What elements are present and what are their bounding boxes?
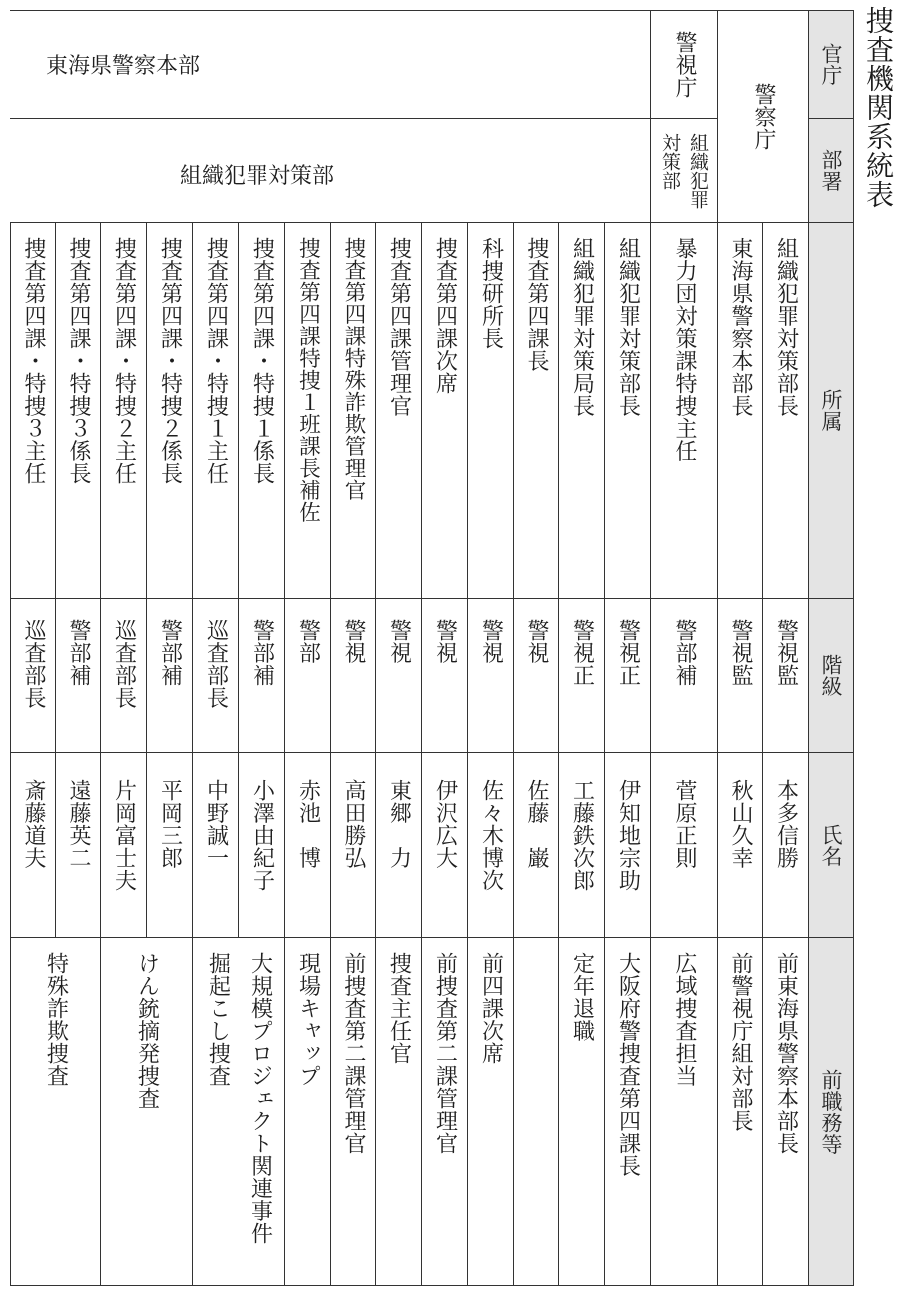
rank-text: 警視 bbox=[423, 619, 467, 664]
previous-post-tokuso3-text: 特殊詐欺捜査 bbox=[34, 952, 78, 1087]
previous-post-cell: 現場キャップ bbox=[284, 937, 331, 1286]
previous-post-merged-tokuso1: 大規模プロジェクト関連事件 掘起こし捜査 bbox=[192, 937, 285, 1286]
rank-text: 警視正 bbox=[606, 619, 650, 687]
affiliation-cell: 捜査第四課・特捜２係長 bbox=[146, 222, 193, 599]
affiliation-text: 捜査第四課・特捜２主任 bbox=[102, 237, 146, 485]
rank-cell: 警視 bbox=[375, 598, 422, 753]
affiliation-cell: 捜査第四課長 bbox=[513, 222, 559, 599]
previous-post-text: 現場キャップ bbox=[286, 952, 330, 1087]
affiliation-text: 暴力団対策課特捜主任 bbox=[662, 237, 706, 462]
rank-cell: 警部 bbox=[284, 598, 331, 753]
agency-tokai: 東海県警察本部 bbox=[10, 10, 651, 119]
affiliation-cell: 捜査第四課管理官 bbox=[375, 222, 422, 599]
name-text: 平岡三郎 bbox=[148, 779, 192, 869]
previous-post-cell: 前捜査第二課管理官 bbox=[330, 937, 376, 1286]
name-cell: 佐々木博次 bbox=[467, 752, 514, 938]
rank-text: 警視正 bbox=[560, 619, 604, 687]
rank-cell: 警部補 bbox=[650, 598, 718, 753]
name-cell: 工藤鉄次郎 bbox=[558, 752, 605, 938]
affiliation-text: 捜査第四課・特捜３主任 bbox=[11, 237, 55, 485]
affiliation-text: 捜査第四課管理官 bbox=[377, 237, 421, 417]
rank-text: 警部補 bbox=[662, 619, 706, 687]
previous-post-merged-tokuso3: 特殊詐欺捜査 bbox=[10, 937, 101, 1286]
previous-post-tokuso1-line1: 大規模プロジェクト関連事件 bbox=[240, 952, 280, 1245]
name-cell: 斎藤道夫 bbox=[10, 752, 56, 938]
rank-text: 警視監 bbox=[718, 619, 762, 687]
affiliation-cell: 東海県警察本部長 bbox=[717, 222, 763, 599]
name-text: 工藤鉄次郎 bbox=[560, 779, 604, 892]
name-cell: 遠藤英二 bbox=[55, 752, 101, 938]
rank-cell: 警視監 bbox=[717, 598, 763, 753]
previous-post-cell: 前四課次席 bbox=[467, 937, 514, 1286]
dept-mpd-ocd-line1: 組織犯罪 bbox=[686, 133, 710, 209]
name-text: 伊知地宗助 bbox=[606, 779, 650, 892]
affiliation-text: 組織犯罪対策部長 bbox=[764, 237, 808, 417]
name-text: 赤池 博 bbox=[286, 779, 330, 869]
rank-text: 警視 bbox=[514, 619, 558, 664]
previous-post-cell bbox=[513, 937, 559, 1286]
row-header-rank-label: 階級 bbox=[809, 654, 853, 697]
rank-cell: 巡査部長 bbox=[192, 598, 239, 753]
affiliation-cell: 捜査第四課特捜１班課長補佐 bbox=[284, 222, 331, 599]
row-header-agency-label: 官庁 bbox=[809, 43, 853, 86]
rank-cell: 警視正 bbox=[604, 598, 651, 753]
dept-mpd-ocd: 組織犯罪 対策部 bbox=[650, 118, 718, 223]
rank-cell: 警視 bbox=[330, 598, 376, 753]
affiliation-text: 科捜研所長 bbox=[469, 237, 513, 350]
previous-post-text: 定年退職 bbox=[560, 952, 604, 1042]
affiliation-text: 捜査第四課特捜１班課長補佐 bbox=[286, 237, 330, 523]
agency-tokai-label: 東海県警察本部 bbox=[46, 49, 200, 80]
affiliation-text: 組織犯罪対策部長 bbox=[606, 237, 650, 417]
rank-cell: 警部補 bbox=[146, 598, 193, 753]
previous-post-text: 前捜査第二課管理官 bbox=[331, 952, 375, 1155]
rank-text: 巡査部長 bbox=[11, 619, 55, 709]
name-cell: 伊沢広大 bbox=[421, 752, 468, 938]
dept-tokai-ocd-label: 組織犯罪対策部 bbox=[180, 159, 334, 190]
page-title: 捜査機関系統表 bbox=[858, 6, 898, 209]
row-header-agency: 官庁 bbox=[808, 10, 854, 119]
affiliation-text: 捜査第四課・特捜１係長 bbox=[240, 237, 284, 485]
previous-post-cell: 前捜査第二課管理官 bbox=[421, 937, 468, 1286]
name-text: 片岡富士夫 bbox=[102, 779, 146, 892]
rank-cell: 警視監 bbox=[762, 598, 809, 753]
row-header-affiliation-label: 所属 bbox=[809, 389, 853, 432]
rank-text: 警部 bbox=[286, 619, 330, 664]
previous-post-tokuso1-line2: 掘起こし捜査 bbox=[198, 952, 238, 1245]
name-text: 佐藤 巌 bbox=[514, 779, 558, 869]
name-text: 中野誠一 bbox=[194, 779, 238, 869]
affiliation-cell: 捜査第四課特殊詐欺管理官 bbox=[330, 222, 376, 599]
name-cell: 佐藤 巌 bbox=[513, 752, 559, 938]
name-cell: 赤池 博 bbox=[284, 752, 331, 938]
affiliation-text: 捜査第四課・特捜３係長 bbox=[56, 237, 100, 485]
affiliation-cell: 組織犯罪対策部長 bbox=[762, 222, 809, 599]
name-cell: 高田勝弘 bbox=[330, 752, 376, 938]
affiliation-cell: 暴力団対策課特捜主任 bbox=[650, 222, 718, 599]
affiliation-cell: 捜査第四課・特捜１係長 bbox=[238, 222, 285, 599]
previous-post-text: 前東海県警察本部長 bbox=[764, 952, 808, 1155]
row-header-name-label: 氏名 bbox=[809, 824, 853, 867]
affiliation-text: 東海県警察本部長 bbox=[718, 237, 762, 417]
rank-cell: 巡査部長 bbox=[10, 598, 56, 753]
previous-post-cell: 大阪府警捜査第四課長 bbox=[604, 937, 651, 1286]
name-text: 遠藤英二 bbox=[56, 779, 100, 869]
rank-text: 警視 bbox=[331, 619, 375, 664]
rank-cell: 警視 bbox=[513, 598, 559, 753]
previous-post-text: 前四課次席 bbox=[469, 952, 513, 1065]
affiliation-cell: 捜査第四課・特捜２主任 bbox=[100, 222, 147, 599]
row-header-department-label: 部署 bbox=[809, 149, 853, 192]
affiliation-cell: 組織犯罪対策局長 bbox=[558, 222, 605, 599]
affiliation-cell: 捜査第四課・特捜１主任 bbox=[192, 222, 239, 599]
affiliation-cell: 組織犯罪対策部長 bbox=[604, 222, 651, 599]
agency-mpd-label: 警視庁 bbox=[669, 31, 699, 99]
previous-post-text: 大阪府警捜査第四課長 bbox=[606, 952, 650, 1177]
rank-text: 警視 bbox=[377, 619, 421, 664]
affiliation-cell: 捜査第四課・特捜３主任 bbox=[10, 222, 56, 599]
name-text: 伊沢広大 bbox=[423, 779, 467, 869]
previous-post-cell: 捜査主任官 bbox=[375, 937, 422, 1286]
agency-npa-label: 警察庁 bbox=[748, 83, 778, 151]
affiliation-cell: 捜査第四課・特捜３係長 bbox=[55, 222, 101, 599]
affiliation-text: 捜査第四課特殊詐欺管理官 bbox=[331, 237, 375, 501]
dept-tokai-ocd: 組織犯罪対策部 bbox=[10, 118, 651, 223]
name-cell: 片岡富士夫 bbox=[100, 752, 147, 938]
affiliation-cell: 捜査第四課次席 bbox=[421, 222, 468, 599]
name-text: 小澤由紀子 bbox=[240, 779, 284, 892]
row-header-name: 氏名 bbox=[808, 752, 854, 938]
rank-text: 警視監 bbox=[764, 619, 808, 687]
name-cell: 秋山久幸 bbox=[717, 752, 763, 938]
name-text: 佐々木博次 bbox=[469, 779, 513, 892]
affiliation-text: 捜査第四課長 bbox=[514, 237, 558, 372]
affiliation-text: 捜査第四課・特捜１主任 bbox=[194, 237, 238, 485]
rank-text: 警部補 bbox=[56, 619, 100, 687]
name-text: 高田勝弘 bbox=[331, 779, 375, 869]
rank-cell: 警視 bbox=[421, 598, 468, 753]
rank-text: 警部補 bbox=[148, 619, 192, 687]
rank-cell: 警視 bbox=[467, 598, 514, 753]
previous-post-text: 広域捜査担当 bbox=[662, 952, 706, 1087]
previous-post-cell: 広域捜査担当 bbox=[650, 937, 718, 1286]
previous-post-merged-tokuso2: けん銃摘発捜査 bbox=[100, 937, 193, 1286]
name-cell: 本多信勝 bbox=[762, 752, 809, 938]
rank-text: 巡査部長 bbox=[194, 619, 238, 709]
previous-post-cell: 前警視庁組対部長 bbox=[717, 937, 763, 1286]
row-header-previous-post-label: 前職務等 bbox=[809, 1069, 853, 1155]
row-header-previous-post: 前職務等 bbox=[808, 937, 854, 1286]
row-header-department: 部署 bbox=[808, 118, 854, 223]
name-text: 秋山久幸 bbox=[718, 779, 762, 869]
name-cell: 伊知地宗助 bbox=[604, 752, 651, 938]
previous-post-text: 前捜査第二課管理官 bbox=[423, 952, 467, 1155]
agency-mpd: 警視庁 bbox=[650, 10, 718, 119]
rank-cell: 警視正 bbox=[558, 598, 605, 753]
name-cell: 中野誠一 bbox=[192, 752, 239, 938]
rank-cell: 警部補 bbox=[238, 598, 285, 753]
rank-text: 巡査部長 bbox=[102, 619, 146, 709]
name-cell: 小澤由紀子 bbox=[238, 752, 285, 938]
rank-text: 警視 bbox=[469, 619, 513, 664]
previous-post-cell: 前東海県警察本部長 bbox=[762, 937, 809, 1286]
name-text: 東郷 力 bbox=[377, 779, 421, 869]
rank-cell: 警部補 bbox=[55, 598, 101, 753]
name-text: 菅原正則 bbox=[662, 779, 706, 869]
affiliation-cell: 科捜研所長 bbox=[467, 222, 514, 599]
name-cell: 東郷 力 bbox=[375, 752, 422, 938]
previous-post-tokuso2-text: けん銃摘発捜査 bbox=[125, 952, 169, 1110]
rank-cell: 巡査部長 bbox=[100, 598, 147, 753]
row-header-rank: 階級 bbox=[808, 598, 854, 753]
affiliation-text: 捜査第四課次席 bbox=[423, 237, 467, 395]
dept-mpd-ocd-line2: 対策部 bbox=[658, 133, 682, 190]
affiliation-text: 捜査第四課・特捜２係長 bbox=[148, 237, 192, 485]
previous-post-text: 前警視庁組対部長 bbox=[718, 952, 762, 1132]
name-text: 本多信勝 bbox=[764, 779, 808, 869]
rank-text: 警部補 bbox=[240, 619, 284, 687]
name-cell: 菅原正則 bbox=[650, 752, 718, 938]
affiliation-text: 組織犯罪対策局長 bbox=[560, 237, 604, 417]
row-header-affiliation: 所属 bbox=[808, 222, 854, 599]
previous-post-text: 捜査主任官 bbox=[377, 952, 421, 1065]
agency-npa: 警察庁 bbox=[717, 10, 809, 223]
name-cell: 平岡三郎 bbox=[146, 752, 193, 938]
previous-post-cell: 定年退職 bbox=[558, 937, 605, 1286]
name-text: 斎藤道夫 bbox=[11, 779, 55, 869]
